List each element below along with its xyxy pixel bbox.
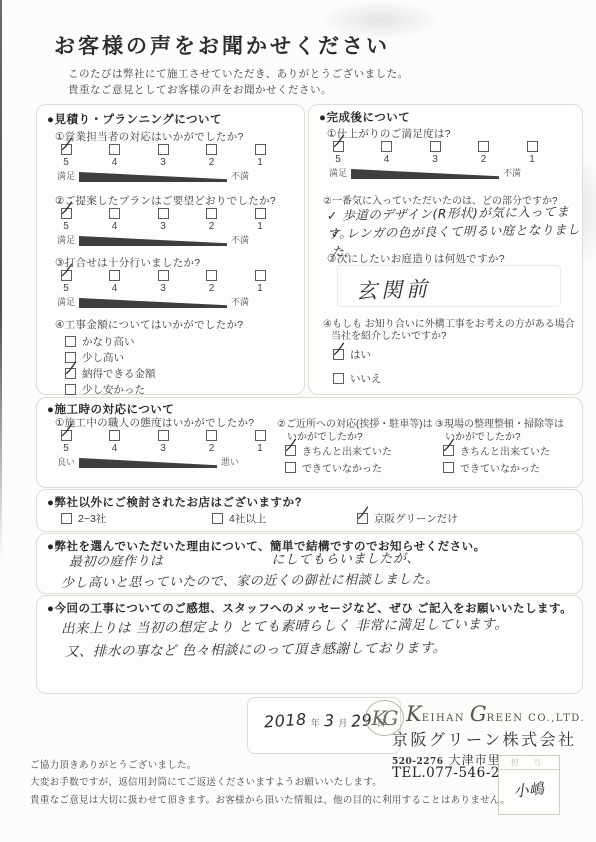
option-shops-few: 2~3社 [61,511,106,526]
check-mark-icon [331,134,347,150]
checkbox-price-cheap[interactable] [65,384,76,395]
rating-checkbox-1[interactable] [255,270,266,281]
rating-number-3: 3 [160,443,166,454]
rating-number-4: 4 [112,157,118,168]
question-referral-line2: 当社を紹介したいですか? [331,327,447,342]
rating-number-2: 2 [209,443,215,454]
rating-number-4: 4 [112,283,118,294]
intro-line-1: このたびは弊社にて施工させていただき、ありがとうございました。 [68,66,409,81]
scale-wedge [79,236,227,246]
rating-checkbox-3[interactable] [158,144,169,155]
rating-checkbox-3[interactable] [158,208,169,219]
rating-scale-sales: 54321満足不満 [57,144,287,182]
rating-checkbox-4[interactable] [109,144,120,155]
option-label: きちんと出来ていた [460,443,550,458]
section-construction: ●施工時の対応について ①施工中の職人の態度はいかがでしたか? 54321良い悪… [36,397,583,488]
year-label: 年 [311,716,320,729]
section-after-completion: ●完成後について ①仕上がりのご満足度は? 54321満足不満 ②一番気に入って… [308,104,583,395]
rating-number-1: 1 [529,154,535,165]
scale-wedge [79,458,217,468]
rating-number-4: 4 [112,443,118,454]
option-label: かなり高い [82,334,135,349]
rating-checkbox-2[interactable] [206,430,217,441]
section-estimate-planning: ●見積り・プランニングについて ①営業担当者の対応はいかがでしたか? 54321… [36,104,305,395]
rating-number-3: 3 [432,154,438,165]
option-label: はい [350,347,371,362]
checkbox-price-high[interactable] [65,336,76,347]
rating-checkbox-4[interactable] [109,430,120,441]
rating-checkbox-1[interactable] [255,208,266,219]
question-price: ④工事金額についてはいかがでしたか? [55,317,243,332]
stamp-header-label: 担 当 [499,756,559,770]
footer-note-1: ご協力頂きありがとうございました。 [30,757,197,771]
option-neighbors-notdone: できていなかった [285,460,382,475]
survey-document: お客様の声をお聞かせください このたびは弊社にて施工させていただき、ありがとうご… [0,0,596,842]
rating-scale-finish: 54321満足不満 [329,141,559,179]
checkbox-neighbors-notdone[interactable] [285,462,296,473]
option-label: いいえ [350,371,382,386]
check-mark-icon [331,342,347,358]
rating-number-5: 5 [63,221,69,232]
rating-number-5: 5 [335,154,341,165]
scale-right-label: 悪い [221,455,239,468]
rating-checkbox-5[interactable] [61,208,72,219]
rating-number-2: 2 [209,157,215,168]
checkbox-tidiness-notdone[interactable] [443,462,454,473]
option-price-4: 少し安かった [65,382,145,397]
brand-reen: REEN CO.,LTD. [487,713,586,724]
scale-wedge [351,169,499,179]
scale-right-label: 不満 [503,166,521,179]
scale-wedge [79,172,227,182]
scale-left-label: 良い [57,455,75,468]
section-heading: ●弊社以外にご検討されたお店はございますか? [47,494,302,510]
option-label: 少し安かった [82,382,145,397]
handwritten-next-garden: 玄関前 [356,268,561,305]
rating-checkbox-5[interactable] [61,270,72,281]
option-label: できていなかった [302,460,382,475]
check-mark-icon [283,438,299,454]
check-mark-icon [355,506,371,522]
rating-checkbox-4[interactable] [109,208,120,219]
rating-checkbox-1[interactable] [255,144,266,155]
question-plan: ②ご提案したプランはご要望どおりでしたか? [55,193,276,208]
rating-number-1: 1 [257,443,263,454]
handwritten-reason-2: 少し高いと思っていたので、家の近くの御社に相談しました。 [61,568,439,591]
scale-right-label: 不満 [231,295,249,308]
footer-note-2: 大変お手数ですが、返信用封筒にてご返送くださいますようお願いいたします。 [30,774,382,788]
option-label: きちんと出来ていた [302,443,392,458]
rating-scale-workers: 54321良い悪い [57,430,287,468]
rating-number-2: 2 [481,154,487,165]
rating-scale-meetings: 54321満足不満 [57,270,287,308]
option-referral-no: いいえ [333,371,382,386]
rating-checkbox-2[interactable] [478,141,489,152]
rating-number-5: 5 [63,283,69,294]
rating-checkbox-3[interactable] [158,270,169,281]
handwritten-impression-1: 出来上りは 当初の想定より とても素晴らしく 非常に満足しています。 [61,612,508,637]
check-mark-icon [59,263,75,279]
scale-wedge [79,298,227,308]
page-title: お客様の声をお聞かせください [54,30,390,60]
scale-right-label: 不満 [231,169,249,182]
option-label: 納得できる金額 [82,366,156,381]
checkbox-referral-no[interactable] [333,373,344,384]
option-tidiness-notdone: できていなかった [443,460,540,475]
brand-eihan: EIHAN [422,713,470,724]
option-price-3: 納得できる金額 [65,366,156,381]
rating-checkbox-1[interactable] [255,430,266,441]
section-heading: ●完成後について [319,109,410,125]
option-shops-many: 4社以上 [212,511,266,526]
option-neighbors-done: きちんと出来ていた [285,443,392,458]
scan-edge-artifact [0,0,2,560]
option-tidiness-done: きちんと出来ていた [443,443,550,458]
rating-number-3: 3 [160,221,166,232]
rating-number-3: 3 [160,283,166,294]
checkbox-shops-2-3[interactable] [61,513,72,524]
option-label: 4社以上 [229,511,266,526]
rating-number-1: 1 [257,221,263,232]
section-impression: ●今回の工事についてのご感想、スタッフへのメッセージなど、ぜひ ご記入をお願いい… [36,595,583,694]
rating-scale-plan: 54321満足不満 [57,208,287,246]
section-heading: ●見積り・プランニングについて [47,111,222,127]
answer-box-next-garden[interactable]: 玄関前 [337,265,561,307]
question-meetings: ③打合せは十分行いましたか? [55,255,200,270]
rating-checkbox-5[interactable] [61,430,72,441]
scale-left-label: 満足 [57,233,75,246]
checkbox-tidiness-done[interactable] [443,445,454,456]
question-workers-attitude: ①施工中の職人の態度はいかがでしたか? [55,415,254,430]
checkbox-shops-4plus[interactable] [212,513,223,524]
check-mark-icon [59,137,75,153]
rating-number-2: 2 [209,221,215,232]
question-next-garden: ③次にしたいお庭造りは何処ですか? [327,251,505,266]
checkbox-neighbors-done[interactable] [285,445,296,456]
footer-note-3: 貴重なご意見は大切に扱わせて頂きます。お客様から頂いた情報は、他の目的に利用する… [30,792,510,806]
option-label: 少し高い [82,350,124,365]
check-mark-icon [441,438,457,454]
rating-number-5: 5 [63,443,69,454]
company-brand-text: KEIHAN GREEN CO.,LTD. [406,702,585,726]
handwritten-impression-2: 又、排水の事など 色々相談にのって頂き感謝しております。 [65,636,447,660]
company-name: 京阪グリーン株式会社 [392,727,577,750]
rating-checkbox-1[interactable] [527,141,538,152]
checkbox-referral-yes[interactable] [333,349,344,360]
rating-checkbox-4[interactable] [109,270,120,281]
handwritten-reason-1: 最初の庭作りはにしてもらいましたが、 [69,547,420,570]
option-price-1: かなり高い [65,334,135,349]
section-reason: ●弊社を選んでいただいた理由について、簡単で結構ですのでお知らせください。 最初… [36,533,583,594]
option-label: 京阪グリーンだけ [374,511,458,526]
rating-checkbox-2[interactable] [206,144,217,155]
scale-left-label: 満足 [57,169,75,182]
check-mark-icon [59,201,75,217]
handwritten-month: 3 [323,711,335,731]
scale-left-label: 満足 [57,295,75,308]
rating-checkbox-5[interactable] [61,144,72,155]
check-mark-icon [63,361,79,377]
month-label: 月 [338,716,347,729]
rating-number-2: 2 [209,283,215,294]
rating-number-5: 5 [63,157,69,168]
scale-left-label: 満足 [329,166,347,179]
brand-initial-k: K [406,702,422,726]
option-shops-only: 京阪グリーンだけ [357,511,458,526]
rating-number-1: 1 [257,157,263,168]
section-other-shops: ●弊社以外にご検討されたお店はございますか? 2~3社 4社以上 京阪グリーンだ… [36,489,583,532]
staff-stamp-box: 担 当 小嶋 [498,755,560,815]
brand-initial-g: G [470,702,487,726]
checkbox-price-fair[interactable] [65,368,76,379]
rating-number-1: 1 [257,283,263,294]
option-label: できていなかった [460,460,540,475]
rating-number-3: 3 [160,157,166,168]
rating-number-4: 4 [112,221,118,232]
option-label: 2~3社 [78,511,106,526]
question-sales-response: ①営業担当者の対応はいかがでしたか? [55,129,244,144]
rating-checkbox-2[interactable] [206,208,217,219]
rating-checkbox-5[interactable] [333,141,344,152]
intro-line-2: 貴重なご意見としてお客様の声をお聞かせください。 [68,82,332,97]
option-referral-yes: はい [333,347,371,362]
rating-checkbox-4[interactable] [381,141,392,152]
check-mark-icon [59,423,75,439]
rating-checkbox-3[interactable] [158,430,169,441]
handwritten-year: 2018 [263,710,307,732]
scale-right-label: 不満 [231,233,249,246]
rating-checkbox-2[interactable] [206,270,217,281]
rating-checkbox-3[interactable] [430,141,441,152]
checkbox-shops-only-keihan[interactable] [357,513,368,524]
rating-number-4: 4 [384,154,390,165]
